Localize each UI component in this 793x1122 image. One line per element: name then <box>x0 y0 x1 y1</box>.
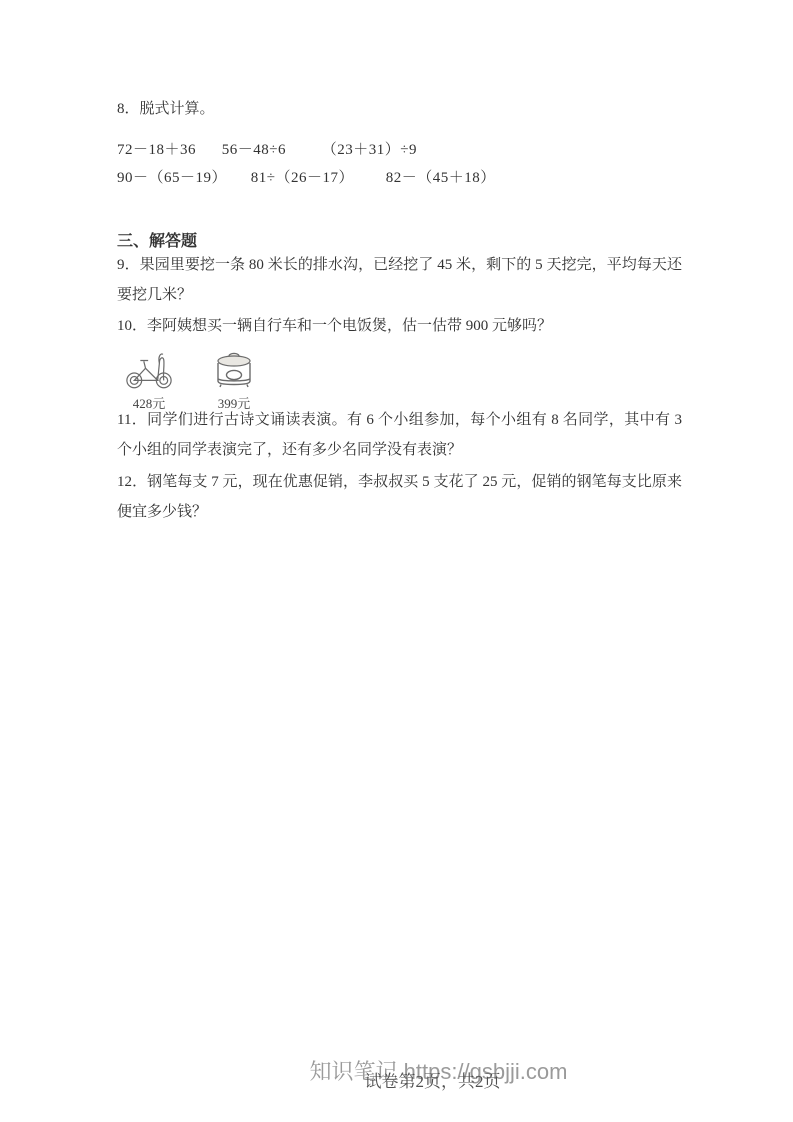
rice-cooker-icon <box>211 349 257 391</box>
question-11: 11．同学们进行古诗文诵读表演。有 6 个小组参加，每个小组有 8 名同学，其中… <box>117 405 682 465</box>
bicycle-icon <box>123 349 175 391</box>
expression: （23＋31）÷9 <box>322 138 417 159</box>
test-paper-page: 8．脱式计算。 72－18＋36 56－48÷6 （23＋31）÷9 90－（6… <box>0 0 793 1122</box>
question-10-item-images: 428元 399元 <box>123 349 257 412</box>
bicycle-item: 428元 <box>123 349 175 412</box>
question-12: 12．钢笔每支 7 元，现在优惠促销，李叔叔买 5 支花了 25 元，促销的钢笔… <box>117 467 682 527</box>
page-footer: 试卷第2页，共2页 <box>0 1067 793 1092</box>
expression: 82－（45＋18） <box>386 166 496 187</box>
page-number-text: 试卷第2页，共2页 <box>365 1067 501 1092</box>
rice-cooker-item: 399元 <box>211 349 257 412</box>
expression: 81÷（26－17） <box>251 166 354 187</box>
question-8-expressions-row-1: 72－18＋36 56－48÷6 （23＋31）÷9 <box>117 138 417 159</box>
expression: 56－48÷6 <box>222 138 286 159</box>
question-9: 9．果园里要挖一条 80 米长的排水沟，已经挖了 45 米，剩下的 5 天挖完，… <box>117 250 682 310</box>
expression: 72－18＋36 <box>117 138 196 159</box>
section-3-heading: 三、解答题 <box>117 228 197 251</box>
question-8-expressions-row-2: 90－（65－19） 81÷（26－17） 82－（45＋18） <box>117 166 496 187</box>
question-10: 10．李阿姨想买一辆自行车和一个电饭煲，估一估带 900 元够吗？ <box>117 311 682 341</box>
expression: 90－（65－19） <box>117 166 227 187</box>
question-8-label: 8．脱式计算。 <box>117 97 215 118</box>
